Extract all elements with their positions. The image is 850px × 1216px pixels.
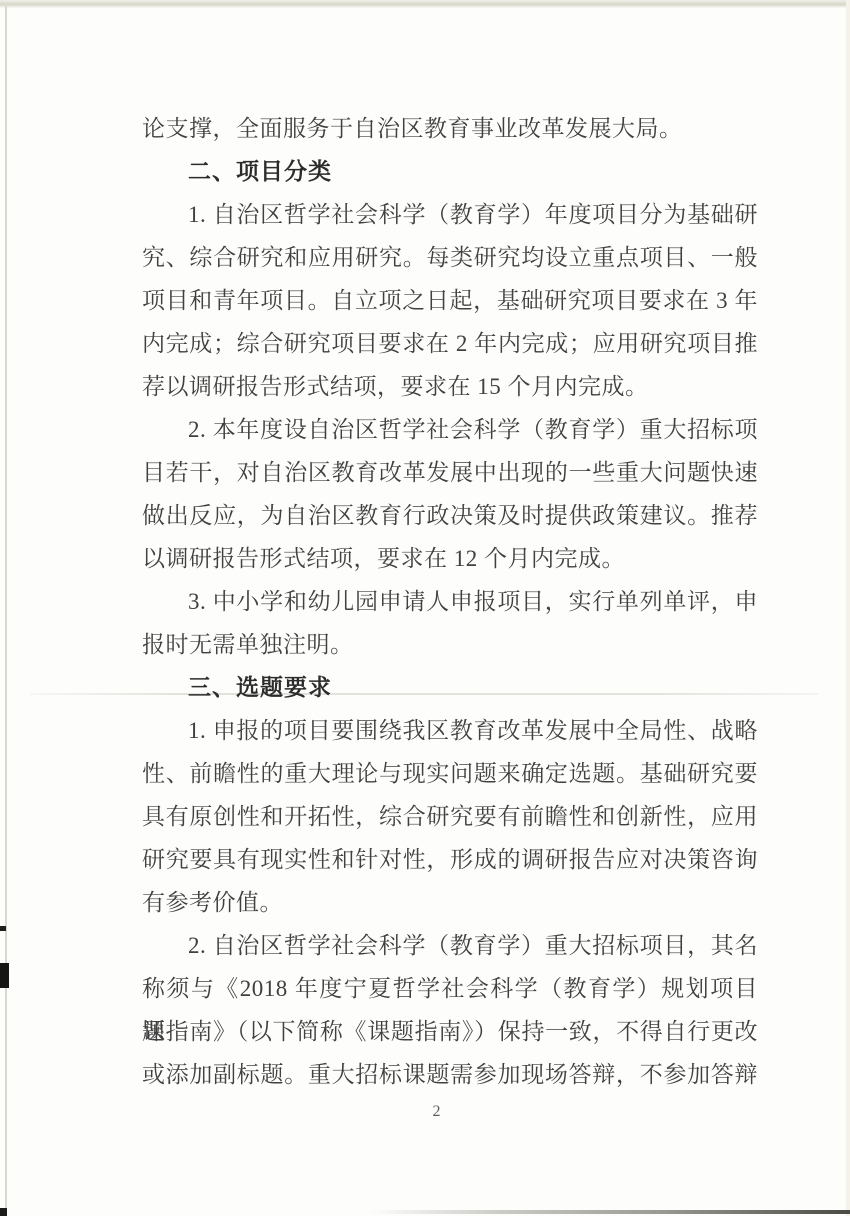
text-line: 1. 自治区哲学社会科学（教育学）年度项目分为基础研 <box>142 193 758 236</box>
binding-mark-blob <box>0 963 9 988</box>
text-line: 有参考价值。 <box>142 881 758 924</box>
text-line: 论支撑，全面服务于自治区教育事业改革发展大局。 <box>142 107 758 150</box>
text-line: 2. 本年度设自治区哲学社会科学（教育学）重大招标项 <box>142 408 758 451</box>
text-line: 题指南》（以下简称《课题指南》）保持一致，不得自行更改 <box>142 1010 758 1053</box>
text-line: 目若干，对自治区教育改革发展中出现的一些重大问题快速 <box>142 451 758 494</box>
text-line: 究、综合研究和应用研究。每类研究均设立重点项目、一般 <box>142 236 758 279</box>
text-line: 2. 自治区哲学社会科学（教育学）重大招标项目，其名 <box>142 924 758 967</box>
text-line: 荐以调研报告形式结项，要求在 15 个月内完成。 <box>142 365 758 408</box>
scan-right-edge-strip <box>846 0 850 1216</box>
text-line: 称须与《2018 年度宁夏哲学社会科学（教育学）规划项目课 <box>142 967 758 1010</box>
scan-top-edge-band <box>0 0 850 8</box>
page-number: 2 <box>387 1100 487 1124</box>
text-line: 1. 申报的项目要围绕我区教育改革发展中全局性、战略 <box>142 709 758 752</box>
section-heading: 二、项目分类 <box>142 150 758 193</box>
section-heading: 三、选题要求 <box>142 666 758 709</box>
scanned-document-page: 论支撑，全面服务于自治区教育事业改革发展大局。二、项目分类1. 自治区哲学社会科… <box>0 0 850 1216</box>
text-line: 或添加副标题。重大招标课题需参加现场答辩，不参加答辩 <box>142 1053 758 1096</box>
scan-bottom-left-mark <box>0 1208 7 1216</box>
binding-mark-thin <box>0 926 6 931</box>
text-line: 具有原创性和开拓性，综合研究要有前瞻性和创新性，应用 <box>142 795 758 838</box>
text-line: 以调研报告形式结项，要求在 12 个月内完成。 <box>142 537 758 580</box>
text-line: 研究要具有现实性和针对性，形成的调研报告应对决策咨询 <box>142 838 758 881</box>
text-line: 3. 中小学和幼儿园申请人申报项目，实行单列单评，申 <box>142 580 758 623</box>
scan-bottom-shadow-line <box>370 1210 850 1214</box>
text-line: 报时无需单独注明。 <box>142 623 758 666</box>
text-line: 做出反应，为自治区教育行政决策及时提供政策建议。推荐 <box>142 494 758 537</box>
text-line: 性、前瞻性的重大理论与现实问题来确定选题。基础研究要 <box>142 752 758 795</box>
text-line: 项目和青年项目。自立项之日起，基础研究项目要求在 3 年 <box>142 279 758 322</box>
scan-left-edge-line <box>5 6 7 1216</box>
text-line: 内完成；综合研究项目要求在 2 年内完成；应用研究项目推 <box>142 322 758 365</box>
document-body: 论支撑，全面服务于自治区教育事业改革发展大局。二、项目分类1. 自治区哲学社会科… <box>142 107 758 1096</box>
